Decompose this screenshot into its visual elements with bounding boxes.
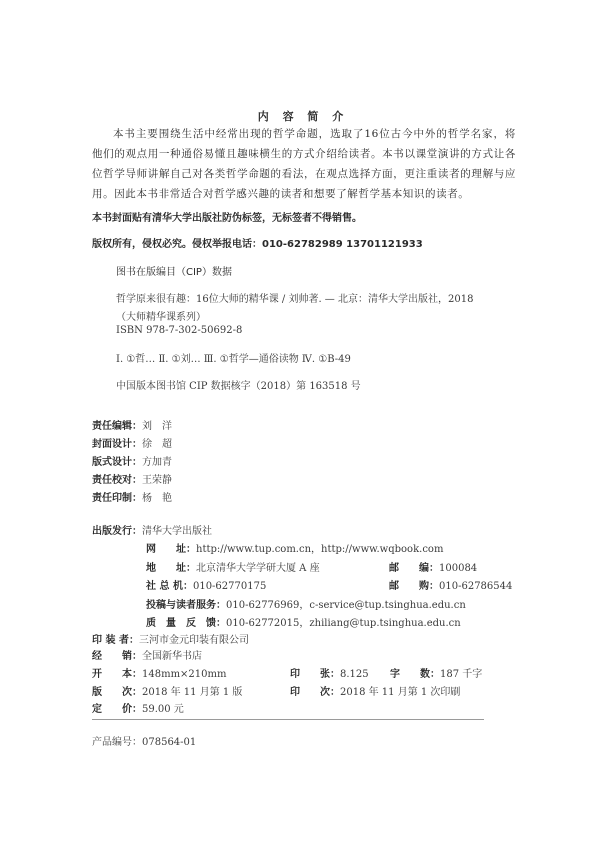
- impression-row: 印 次：2018 年 11 月第 1 次印刷: [290, 682, 460, 700]
- staff-value: 王荣静: [142, 475, 172, 486]
- edition-value: 2018 年 11 月第 1 版: [142, 687, 242, 698]
- cip-library-record: 中国版本图书馆 CIP 数据核字（2018）第 163518 号: [116, 377, 361, 392]
- switchboard-value: 010-62770175: [193, 581, 266, 592]
- edition-label: 版 次：: [92, 687, 142, 698]
- publisher-label: 出版发行：: [92, 526, 142, 537]
- word-count-label: 字 数：: [390, 669, 440, 680]
- summary-title: 内 容 简 介: [0, 108, 606, 124]
- publisher-value: 清华大学出版社: [142, 526, 212, 537]
- address-label: 地 址：: [146, 563, 196, 574]
- staff-label: 封面设计：: [92, 439, 142, 450]
- staff-row: 责任校对：王荣静: [92, 470, 172, 488]
- switchboard-row: 社 总 机：010-62770175: [146, 576, 266, 594]
- summary-paragraph: 本书主要围绕生活中经常出现的哲学命题，选取了16位古今中外的哲学名家，将他们的观…: [92, 124, 516, 204]
- address-value: 北京清华大学学研大厦 A 座: [196, 563, 320, 574]
- mail-order-row: 邮 购：010-62786544: [389, 576, 512, 594]
- word-count-value: 187 千字: [440, 669, 482, 680]
- format-label: 开 本：: [92, 669, 142, 680]
- staff-row: 责任编辑：刘 洋: [92, 416, 172, 434]
- printer-label: 印 装 者：: [92, 635, 139, 646]
- postcode-row: 邮 编：100084: [389, 558, 477, 576]
- cip-isbn: ISBN 978-7-302-50692-8: [116, 325, 242, 336]
- switchboard-label: 社 总 机：: [146, 581, 193, 592]
- staff-label: 责任印制：: [92, 493, 142, 504]
- staff-value: 杨 艳: [142, 493, 172, 504]
- staff-value: 徐 超: [142, 439, 172, 450]
- website-row: 网 址：http://www.tup.com.cn，http://www.wqb…: [146, 539, 443, 557]
- distributor-row: 经 销：全国新华书店: [92, 646, 202, 664]
- reader-service-value: 010-62776969，c-service@tup.tsinghua.edu.…: [226, 600, 466, 611]
- staff-label: 责任校对：: [92, 475, 142, 486]
- address-row: 地 址：北京清华大学学研大厦 A 座: [146, 558, 320, 576]
- impression-value: 2018 年 11 月第 1 次印刷: [340, 687, 460, 698]
- staff-label: 版式设计：: [92, 457, 142, 468]
- format-value: 148mm×210mm: [142, 669, 226, 680]
- staff-row: 版式设计：方加青: [92, 452, 172, 470]
- product-code-value: 078564-01: [142, 737, 196, 748]
- distributor-value: 全国新华书店: [142, 651, 202, 662]
- printer-value: 三河市金元印装有限公司: [139, 635, 249, 646]
- quality-feedback-value: 010-62772015，zhiliang@tup.tsinghua.edu.c…: [226, 618, 461, 629]
- reader-service-row: 投稿与读者服务：010-62776969，c-service@tup.tsing…: [146, 595, 466, 613]
- cip-heading: 图书在版编目（CIP）数据: [116, 263, 232, 278]
- price-value: 59.00 元: [142, 704, 184, 715]
- product-code-row: 产品编号：078564-01: [92, 733, 196, 748]
- price-row: 定 价：59.00 元: [92, 699, 184, 717]
- divider-rule: [92, 719, 484, 720]
- mail-order-value: 010-62786544: [439, 581, 512, 592]
- product-code-label: 产品编号：: [92, 737, 142, 748]
- mail-order-label: 邮 购：: [389, 581, 439, 592]
- staff-value: 刘 洋: [142, 421, 172, 432]
- sheets-value: 8.125: [340, 669, 369, 680]
- price-label: 定 价：: [92, 704, 142, 715]
- staff-label: 责任编辑：: [92, 421, 142, 432]
- reader-service-label: 投稿与读者服务：: [146, 600, 226, 611]
- impression-label: 印 次：: [290, 687, 340, 698]
- postcode-label: 邮 编：: [389, 563, 439, 574]
- format-row: 开 本：148mm×210mm: [92, 664, 226, 682]
- staff-row: 责任印制：杨 艳: [92, 488, 172, 506]
- anti-counterfeit-notice: 本书封面贴有清华大学出版社防伪标签，无标签者不得销售。: [92, 209, 362, 224]
- website-value: http://www.tup.com.cn，http://www.wqbook.…: [196, 544, 443, 555]
- copyright-notice: 版权所有，侵权必究。侵权举报电话：010-62782989 1370112193…: [92, 235, 423, 250]
- cip-classification: Ⅰ. ①哲… Ⅱ. ①刘… Ⅲ. ①哲学—通俗读物 Ⅳ. ①B-49: [116, 350, 351, 365]
- staff-row: 封面设计：徐 超: [92, 434, 172, 452]
- publisher-row: 出版发行：清华大学出版社: [92, 521, 212, 539]
- summary-body: 本书主要围绕生活中经常出现的哲学命题，选取了16位古今中外的哲学名家，将他们的观…: [92, 124, 516, 204]
- postcode-value: 100084: [439, 563, 477, 574]
- sheets-label: 印 张：: [290, 669, 340, 680]
- sheets-row: 印 张：8.125: [290, 664, 369, 682]
- staff-value: 方加青: [142, 457, 172, 468]
- distributor-label: 经 销：: [92, 651, 142, 662]
- quality-feedback-row: 质 量 反 馈：010-62772015，zhiliang@tup.tsingh…: [146, 613, 461, 631]
- cip-series-line: （大师精华课系列）: [116, 308, 206, 323]
- cip-title-line: 哲学原来很有趣：16位大师的精华课 / 刘帅著. — 北京：清华大学出版社，20…: [116, 290, 473, 305]
- website-label: 网 址：: [146, 544, 196, 555]
- edition-row: 版 次：2018 年 11 月第 1 版: [92, 682, 242, 700]
- word-count-row: 字 数：187 千字: [390, 664, 482, 682]
- quality-feedback-label: 质 量 反 馈：: [146, 618, 226, 629]
